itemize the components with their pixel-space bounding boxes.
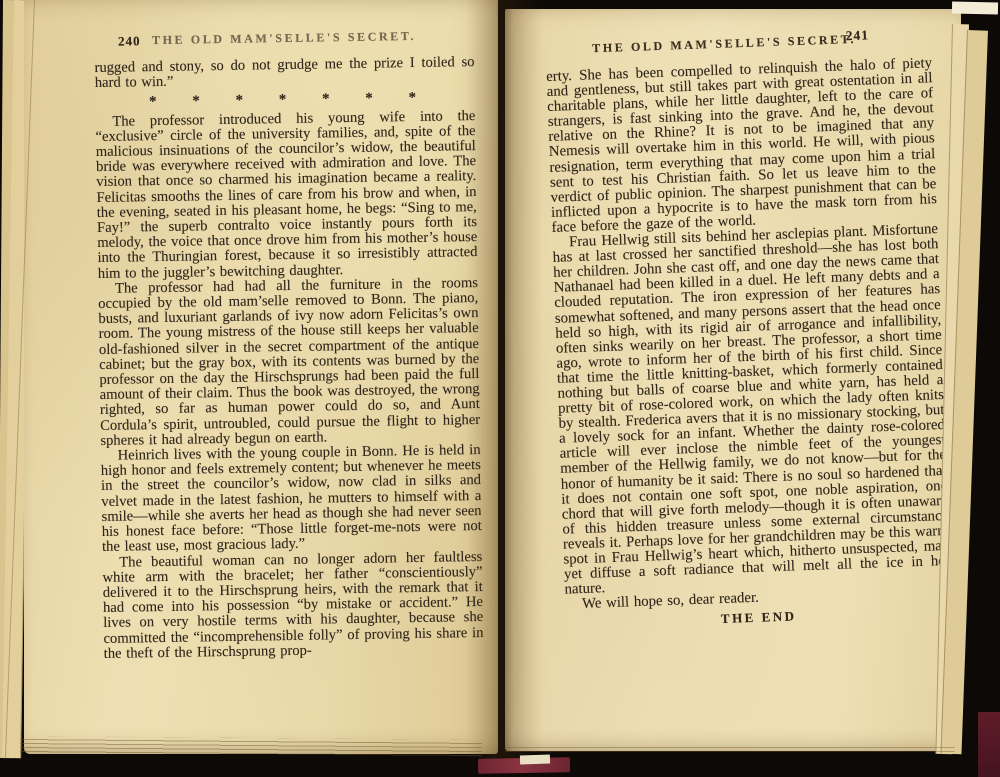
bottom-page-edges-right (505, 744, 955, 753)
page-240: 240 THE OLD MAM'SELLE'S SECRET. rugged a… (24, 0, 498, 754)
paper-sliver-top-right (952, 2, 998, 15)
page-header-left: 240 THE OLD MAM'SELLE'S SECRET. (94, 28, 474, 56)
page-241-text: THE OLD MAM'SELLE'S SECRET. 241 erty. Sh… (545, 29, 952, 632)
paragraph: erty. She has been compelled to relinqui… (546, 56, 938, 236)
page-number-240: 240 (118, 33, 141, 49)
page-241: THE OLD MAM'SELLE'S SECRET. 241 erty. Sh… (505, 9, 961, 751)
paragraph: Heinrich lives with the young couple in … (101, 443, 483, 555)
running-title-right: THE OLD MAM'SELLE'S SECRET. (592, 32, 856, 57)
paragraph: Frau Hellwig still sits behind her ascle… (552, 222, 951, 598)
paragraph: The professor introduced his young wife … (95, 109, 478, 282)
open-book-photo: 240 THE OLD MAM'SELLE'S SECRET. rugged a… (0, 0, 1000, 777)
paragraph: rugged and stony, so do not grudge me th… (94, 55, 474, 91)
paragraph: The beautiful woman can no longer adorn … (102, 549, 484, 661)
running-title-left: THE OLD MAM'SELLE'S SECRET. (152, 29, 416, 48)
binding-paper-scrap (520, 754, 550, 764)
page-number-241: 241 (845, 27, 869, 43)
book-cover-edge (978, 712, 1000, 777)
page-240-text: 240 THE OLD MAM'SELLE'S SECRET. rugged a… (94, 28, 484, 662)
paragraph: The professor had had all the furniture … (98, 276, 481, 449)
